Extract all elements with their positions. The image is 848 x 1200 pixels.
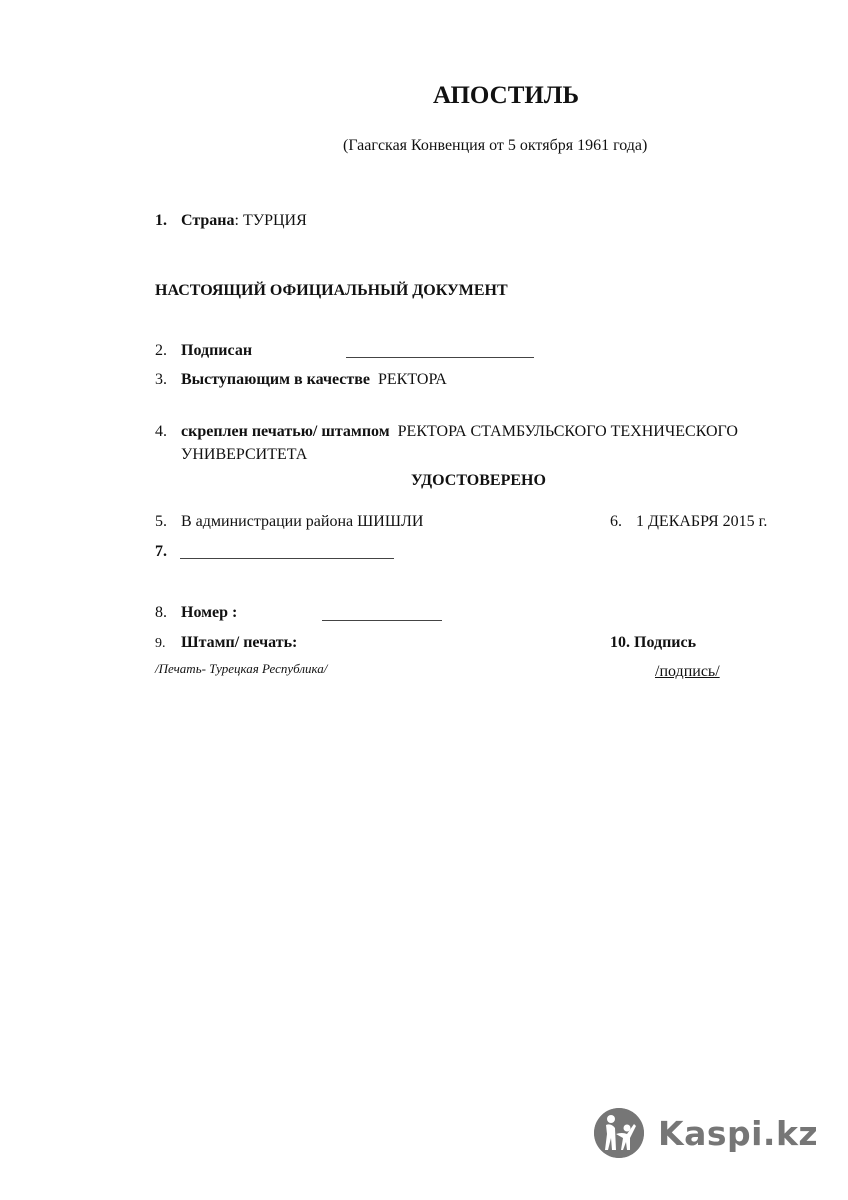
item-signature: 10. Подпись — [610, 634, 696, 652]
item-label: Страна — [181, 212, 235, 229]
number-blank-line — [322, 606, 442, 621]
stamp-note: /Печать- Турецкая Республика/ — [155, 661, 327, 677]
item-administration: 5.В администрации района ШИШЛИ — [155, 513, 423, 531]
document-subtitle: (Гаагская Конвенция от 5 октября 1961 го… — [343, 137, 647, 155]
item-country: 1.Страна: ТУРЦИЯ — [155, 212, 307, 230]
certified-heading: УДОСТОВЕРЕНО — [411, 472, 546, 490]
kaspi-logo-icon — [594, 1108, 644, 1158]
item-signed: 2.Подписан — [155, 342, 252, 360]
item-number-field: 8.Номер : — [155, 604, 237, 622]
item-seven: 7. — [155, 543, 181, 561]
item-sealed: 4.скреплен печатью/ штампом РЕКТОРА СТАМ… — [155, 423, 738, 441]
item-acting-as: 3.Выступающим в качестве РЕКТОРА — [155, 371, 447, 389]
section-heading: НАСТОЯЩИЙ ОФИЦИАЛЬНЫЙ ДОКУМЕНТ — [155, 282, 508, 300]
kaspi-logo-text: Kaspi.kz — [658, 1114, 818, 1153]
item-stamp: 9.Штамп/ печать: — [155, 634, 297, 652]
item-sealed-line2: УНИВЕРСИТЕТА — [181, 446, 307, 464]
item-number: 1. — [155, 212, 181, 230]
item-value: ТУРЦИЯ — [243, 212, 307, 229]
item-date: 6.1 ДЕКАБРЯ 2015 г. — [610, 513, 767, 531]
signed-blank-line — [346, 343, 534, 358]
item-seven-blank-line — [180, 544, 394, 559]
document-title: АПОСТИЛЬ — [0, 82, 848, 110]
kaspi-watermark: Kaspi.kz — [594, 1108, 818, 1158]
signature-note: /подпись/ — [655, 663, 720, 681]
